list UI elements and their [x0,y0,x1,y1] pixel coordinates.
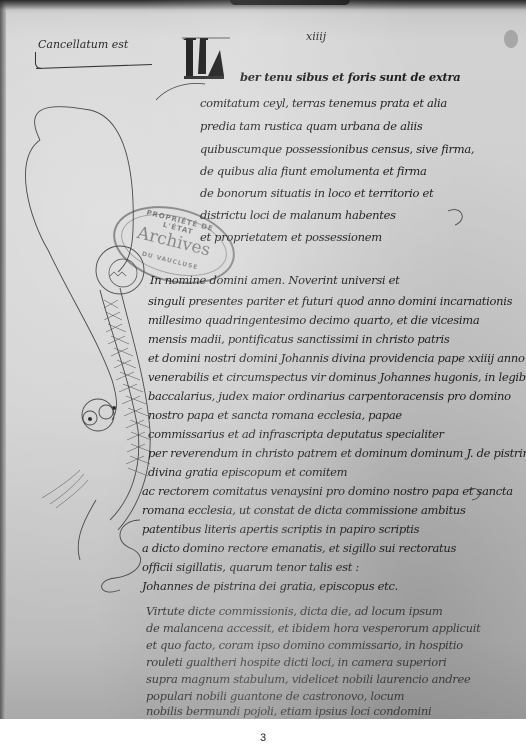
text-line: In nomine domini amen. Noverint universi… [150,273,399,286]
text-line: millesimo quadringentesimo decimo quarto… [148,313,479,326]
text-line: nostro papa et sancta romana ecclesia, p… [148,408,402,421]
text-line: de malancena accessit, et ibidem hora ve… [146,621,480,634]
superscript-note: xiiij [306,30,326,43]
text-line: commissarius et ad infrascripta deputatu… [148,427,444,440]
text-line: quibuscumque possessionibus census, sive… [200,142,474,155]
text-line: baccalarius, judex maior ordinarius carp… [148,389,511,402]
text-line: de bonorum situatis in loco et territori… [200,186,433,199]
text-line: de quibus alia fiunt emolumenta et firma [200,164,427,177]
text-line: divina gratia episcopum et comitem [148,465,347,478]
text-line: et quo facto, coram ipso domino commissa… [146,638,463,651]
text-line: a dicto domino rectore emanatis, et sigi… [142,541,456,554]
text-line: rouleti gualtheri hospite dicti loci, in… [146,655,446,668]
text-line: et proprietatem et possessionem [200,230,382,243]
text-line: comitatum ceyl, terras tenemus prata et … [200,96,447,109]
marginal-note: Cancellatum est [38,38,128,51]
page-number: 3 [0,732,526,744]
text-line: patentibus literis apertis scriptis in p… [142,522,419,535]
text-line: et domini nostri domini Johannis divina … [148,351,526,364]
text-line: officii sigillatis, quarum tenor talis e… [142,560,359,573]
text-line: Johannes de pistrina dei gratia, episcop… [142,579,398,592]
text-line: per reverendum in christo patrem et domi… [148,446,526,459]
top-binding-shadow [230,0,350,5]
text-line: ber tenu sibus et foris sunt de extra [240,70,460,83]
text-line: populari nobili guantone de castronovo, … [146,689,404,702]
marginal-bracket [35,52,42,69]
text-line: ac rectorem comitatus venaysini pro domi… [142,484,513,497]
text-line: singuli presentes pariter et futuri quod… [148,294,512,307]
manuscript-scan: Cancellatum est xiiij PROPRIÉTÉ DE L'ÉTA… [0,0,526,719]
text-line: venerabilis et circumspectus vir dominus… [148,370,526,383]
stamp-archives-text: Archives [114,218,233,266]
text-line: predia tam rustica quam urbana de aliis [200,119,422,132]
text-line: nobilis bermundi pojoli, etiam ipsius lo… [146,704,431,717]
stamp-top-text: PROPRIÉTÉ DE L'ÉTAT [129,205,230,245]
text-line: districtu loci de malanum habentes [200,208,396,221]
decorated-initial-icon [180,36,234,82]
text-line: romana ecclesia, ut constat de dicta com… [142,503,466,516]
text-line: mensis madii, pontificatus sanctissimi i… [148,332,449,345]
text-line: supra magnum stabulum, videlicet nobili … [146,672,471,685]
text-line: Virtute dicte commissionis, dicta die, a… [146,604,443,617]
